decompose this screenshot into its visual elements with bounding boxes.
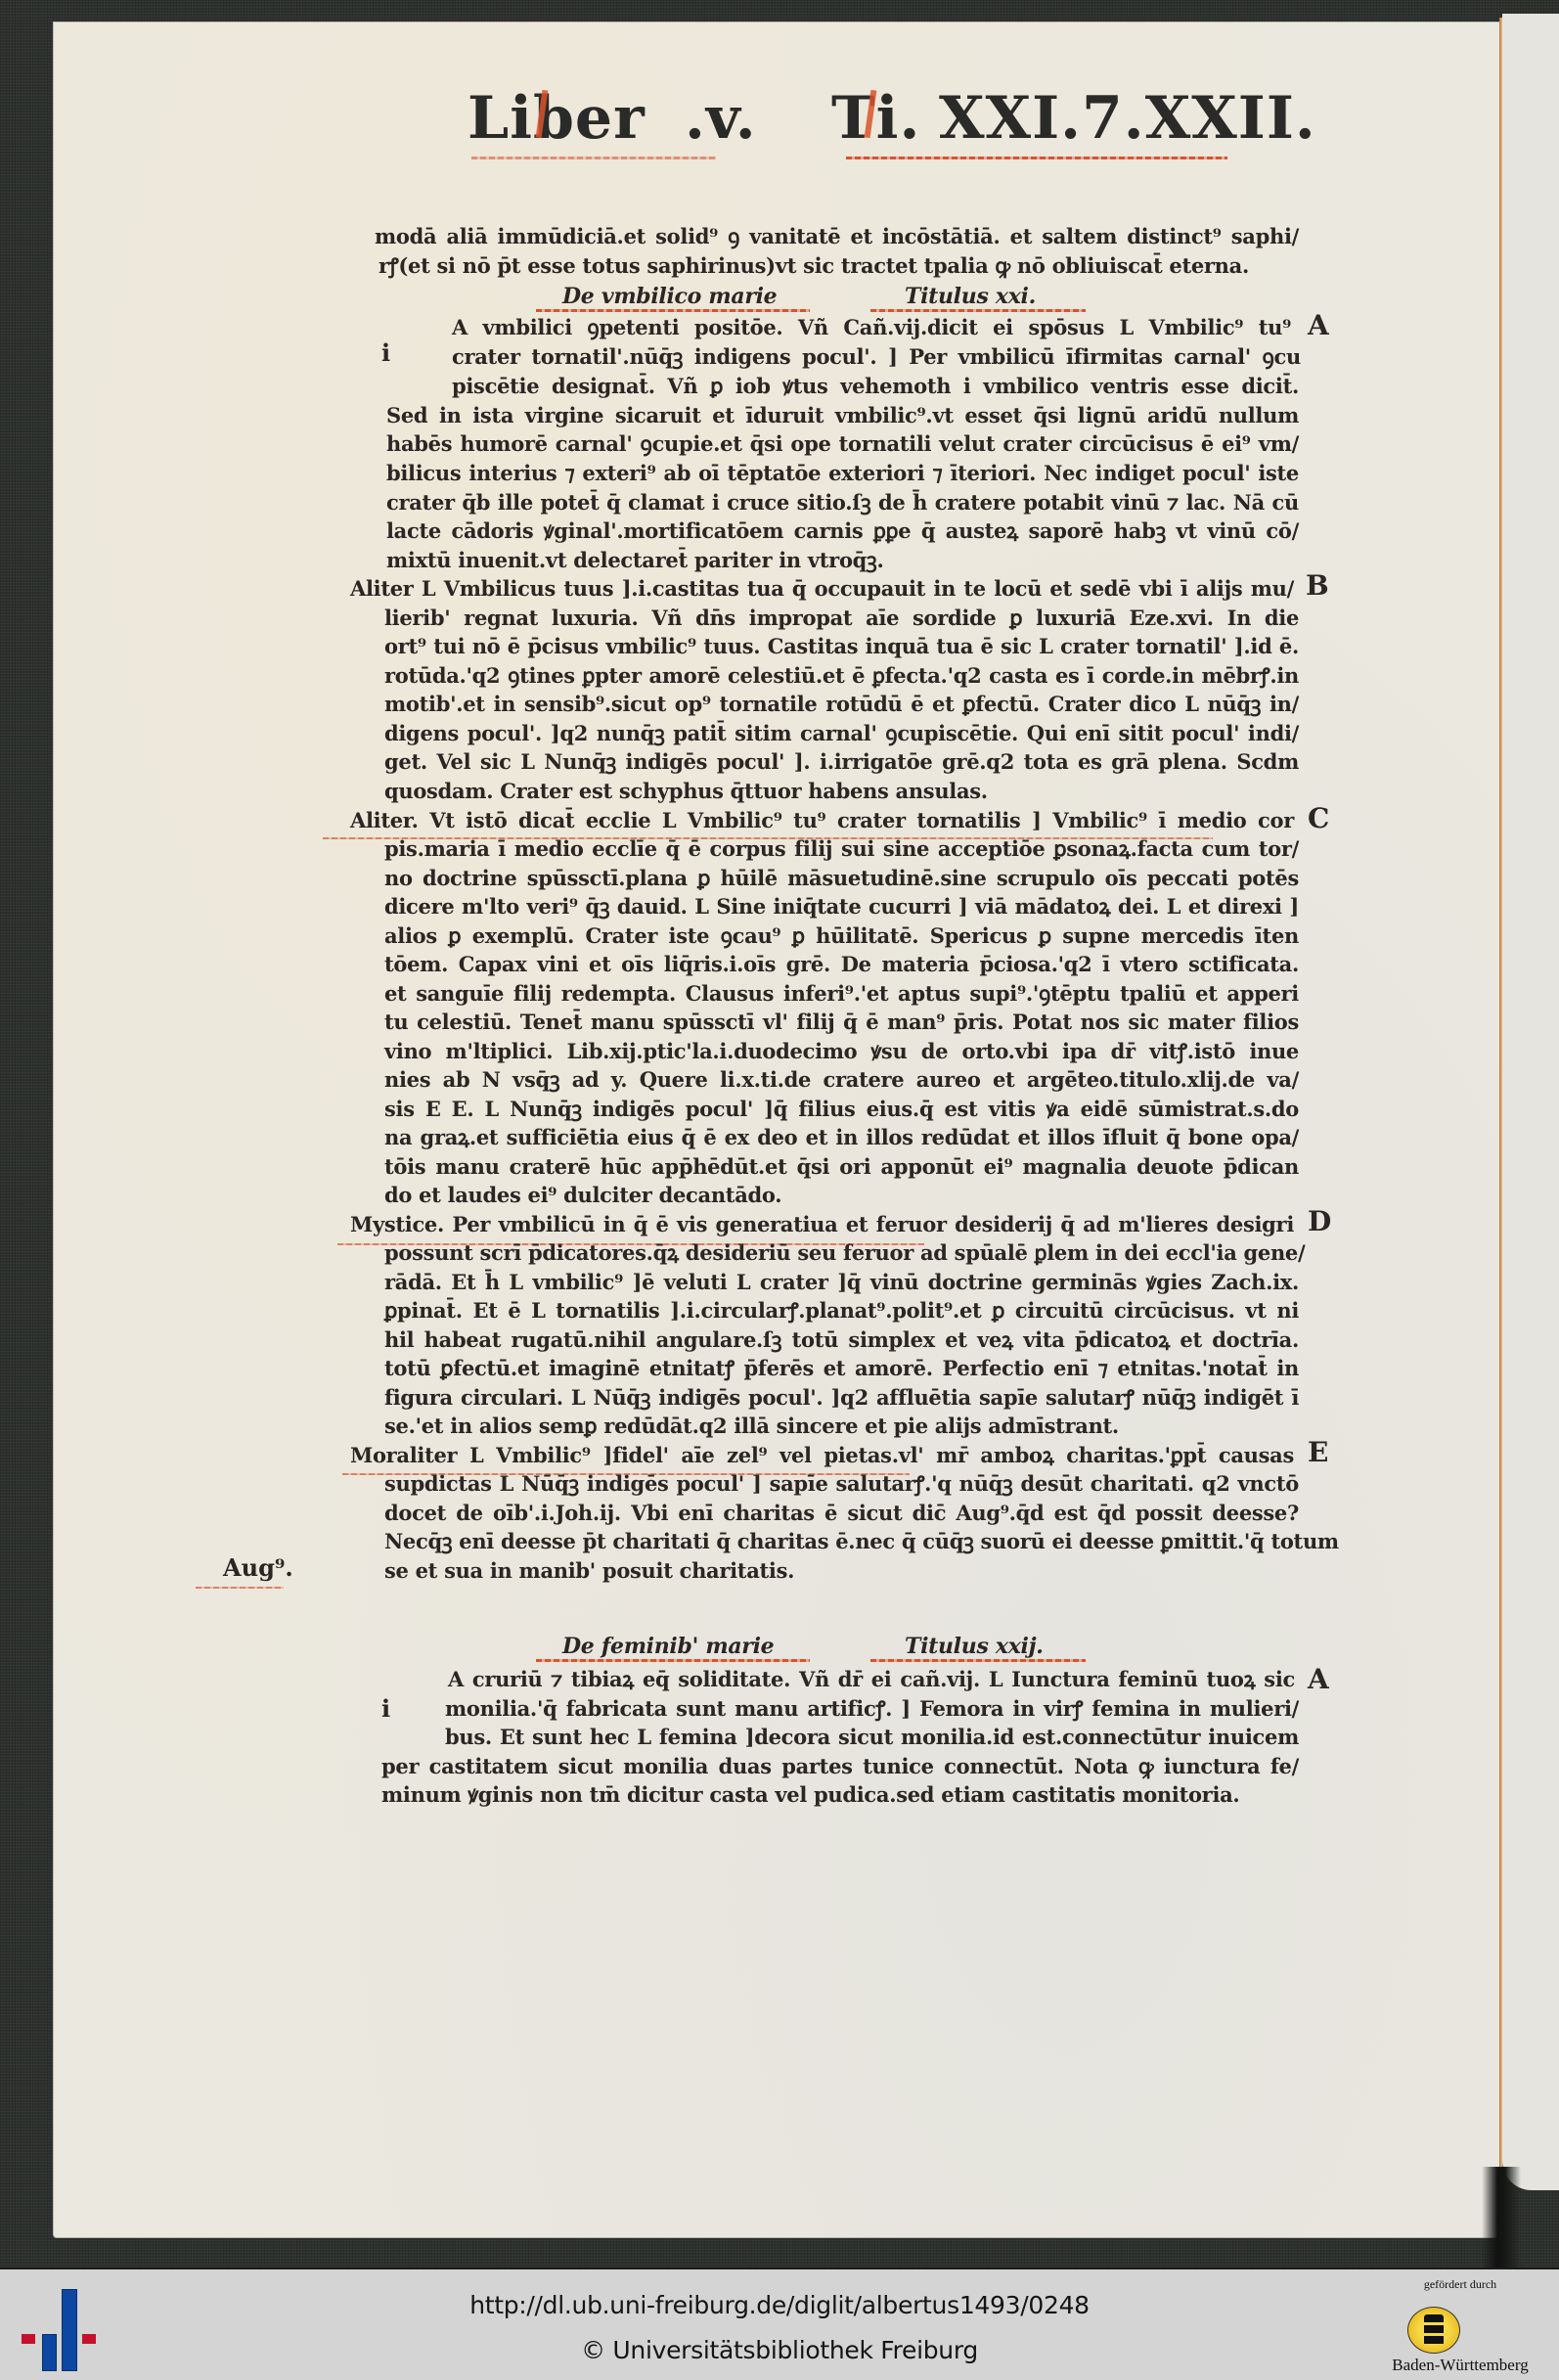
text-line: possunt scrī p̄dicatores.q̄ꝝ desideriū s… <box>384 1240 1299 1266</box>
text-line: na graꝝ.et sufficiētia eius q̄ ē ex deo … <box>384 1125 1299 1150</box>
footer-bar: http://dl.ub.uni-freiburg.de/diglit/albe… <box>0 2268 1559 2380</box>
spine-shadow <box>1482 2167 1521 2268</box>
text-line: vino m'ltiplici. Lib.xij.ptic'la.i.duode… <box>384 1039 1299 1064</box>
margin-letter-c: C <box>1308 802 1329 834</box>
text-line: crater q̄b ille potet̄ q̄ clamat i cruce… <box>386 490 1299 516</box>
page-gutter <box>1499 18 1502 2184</box>
header-underline-left <box>471 157 716 159</box>
text-line: Necq̄ꝫ enī deesse p̄t charitati q̄ chari… <box>384 1529 1299 1554</box>
margin-letter-e: E <box>1308 1436 1328 1468</box>
text-line: sis E E. L Nunq̄ꝫ indigēs pocul' ]q̄ fil… <box>384 1097 1299 1122</box>
text-line: minum ꝟginis non tm̄ dicitur casta vel p… <box>381 1782 1299 1808</box>
margin-letter-a2: A <box>1308 1663 1329 1695</box>
margin-note-aug: Aug⁹. <box>223 1553 293 1582</box>
header-liber: Liber <box>468 84 646 153</box>
text-line: rꝭ(et si nō p̄t esse totus saphirinus)vt… <box>379 253 1259 279</box>
text-line: tu celestiū. Tenet̄ manu spūssctī vl' fi… <box>384 1010 1299 1035</box>
permalink-url[interactable]: http://dl.ub.uni-freiburg.de/diglit/albe… <box>0 2291 1559 2319</box>
copyright-notice: © Universitätsbibliothek Freiburg <box>0 2336 1559 2364</box>
text-line: Aliter. Vt istō dicat̄ ecclie L Vmbilic⁹… <box>350 808 1294 833</box>
text-line: monilia.'q̄ fabricata sunt manu artificꝭ… <box>445 1696 1299 1722</box>
text-line: motib'.et in sensib⁹.sicut op⁹ tornatile… <box>384 692 1299 717</box>
text-line: Aliter L Vmbilicus tuus ].i.castitas tua… <box>350 576 1294 602</box>
text-line: supdictas L Nūq̄ꝫ indigēs pocul' ] sapīe… <box>384 1471 1299 1497</box>
text-line: tōis manu craterē hūc app̄hēdūt.et q̄si … <box>384 1154 1299 1180</box>
section-heading-21-right: Titulus xxi. <box>905 284 1036 309</box>
text-line: rotūda.'q2 ꝯtines ꝑpter amorē celestiū.e… <box>384 663 1299 689</box>
text-line: lierib' regnat luxuria. Vñ dn̄s impropat… <box>384 606 1299 631</box>
text-line: dicere m'lto veri⁹ q̄ꝫ dauid. L Sine ini… <box>384 894 1299 920</box>
section-heading-22-right: Titulus xxij. <box>905 1634 1044 1659</box>
baden-wuerttemberg-crest-icon <box>1407 2307 1460 2354</box>
text-line: Sed in ista virgine sicaruit et īduruit … <box>386 403 1299 428</box>
text-line: hil habeat rugatū.nihil angulare.ſꝫ totū… <box>384 1327 1299 1353</box>
text-line: alios ꝑ exemplū. Crater iste ꝯcau⁹ ꝑ hūi… <box>384 923 1299 949</box>
text-line: no doctrine spūssctī.plana ꝑ hūilē māsue… <box>384 866 1299 891</box>
margin-letter-d: D <box>1308 1205 1331 1237</box>
text-line: quosdam. Crater est schyphus q̄ttuor hab… <box>384 779 971 804</box>
text-line: habēs humorē carnal' ꝯcupie.et q̄si ope … <box>386 431 1299 457</box>
text-line: se et sua in manib' posuit charitatis. <box>384 1558 873 1584</box>
text-line: do et laudes ei⁹ dulciter decantādo. <box>384 1183 873 1208</box>
heading-underline <box>536 309 810 312</box>
header-ti: Ti. <box>831 84 920 153</box>
text-line: bus. Et sunt hec L femina ]decora sicut … <box>445 1725 1299 1750</box>
text-line: mixtū inuenit.vt delectaret̄ pariter in … <box>386 548 895 573</box>
text-line: totū ꝑfectū.et imaginē etnitatꝭ p̄ferēs … <box>384 1356 1299 1381</box>
text-line: crater tornatil'.nūq̄ꝫ indigens pocul'. … <box>452 344 1301 370</box>
text-line: nies ab N vsq̄ꝫ ad y. Quere li.x.ti.de c… <box>384 1067 1299 1093</box>
text-line: get. Vel sic L Nunq̄ꝫ indigēs pocul' ]. … <box>384 749 1299 775</box>
baden-wuerttemberg-label: Baden-Württemberg <box>1364 2356 1556 2375</box>
text-line: tōem. Capax vini et oīs liq̄ris.i.oīs gr… <box>384 952 1299 977</box>
header-titles: XXI.7.XXII. <box>939 84 1316 153</box>
text-line: digens pocul'. ]q2 nunq̄ꝫ patit̄ sitim c… <box>384 721 1299 746</box>
text-line: piscētie designat̄. Vñ ꝑ iob ꝟtus vehemo… <box>452 374 1299 399</box>
header-book-number: .v. <box>685 84 757 153</box>
text-line: A cruriū ⁊ tibiaꝝ eq̄ soliditate. Vñ dr̄… <box>448 1667 1295 1692</box>
margin-letter-b: B <box>1306 569 1329 602</box>
facing-page-edge <box>1502 14 1559 2190</box>
margin-letter-i: i <box>381 338 390 367</box>
text-line: se.'et in alios semꝑ redūdāt.q2 illā sin… <box>384 1414 1069 1439</box>
text-line: pis.maria ī medio ecclīe q̄ ē corpus fil… <box>384 836 1299 862</box>
text-line: docet de oīb'.i.Joh.ij. Vbi enī charitas… <box>384 1501 1299 1526</box>
text-line: Mystice. Per vmbilicū in q̄ ē vis genera… <box>350 1212 1294 1237</box>
text-line: figura circulari. L Nūq̄ꝫ indigēs pocul'… <box>384 1385 1299 1411</box>
text-line: bilicus interius ⁊ exteri⁹ ab oī tēptatō… <box>386 461 1299 486</box>
section-heading-22-left: De feminib' marie <box>562 1634 774 1659</box>
heading-underline <box>870 309 1086 312</box>
text-line: lacte cādoris ꝟginal'.mortificatōem carn… <box>386 518 1299 544</box>
margin-letter-a: A <box>1308 309 1329 341</box>
text-line: A vmbilici ꝯpetenti positōe. Vñ Cañ.vij.… <box>452 315 1291 340</box>
text-line: et sanguīe filij redempta. Clausus infer… <box>384 981 1299 1007</box>
header-underline-right <box>846 157 1227 159</box>
text-line: ꝑpinat̄. Et ē L tornatilis ].i.circularꝭ… <box>384 1298 1299 1324</box>
text-line: Moraliter L Vmbilic⁹ ]fidel' aīe zel⁹ ve… <box>350 1443 1294 1468</box>
section-heading-21-left: De vmbilico marie <box>562 284 777 309</box>
margin-note-underline <box>196 1587 284 1589</box>
heading-underline <box>536 1659 810 1662</box>
text-line: per castitatem sicut monilia duas partes… <box>381 1754 1299 1779</box>
funded-by-label: gefördert durch <box>1387 2277 1534 2292</box>
text-line: modā aliā immūdiciā.et solid⁹ ꝯ vanitatē… <box>375 224 1299 249</box>
margin-letter-i2: i <box>381 1694 390 1723</box>
text-line: rādā. Et h̄ L vmbilic⁹ ]ē veluti L crate… <box>384 1270 1299 1295</box>
heading-underline <box>870 1659 1086 1662</box>
text-line: ort⁹ tui nō ē p̄cisus vmbilic⁹ tuus. Cas… <box>384 634 1299 659</box>
